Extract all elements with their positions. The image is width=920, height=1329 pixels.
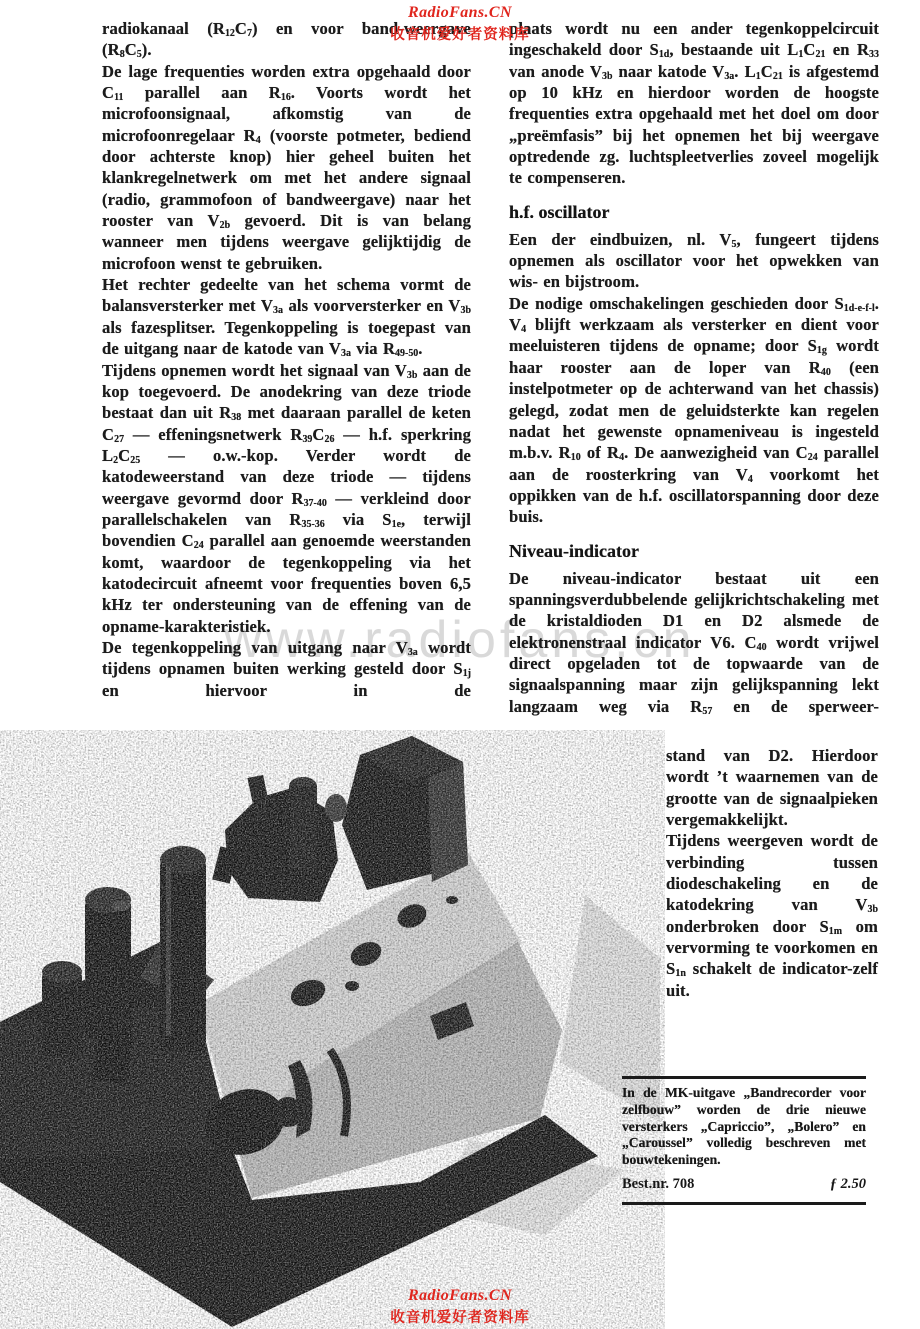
price: ƒ 2.50 xyxy=(830,1176,866,1193)
article-paragraph: Een der eindbuizen, nl. V5, fungeert tij… xyxy=(509,229,879,293)
order-number: Best.nr. 708 xyxy=(622,1176,694,1193)
section-heading-niveau-indicator: Niveau-indicator xyxy=(509,541,879,562)
article-paragraph: Tijdens opnemen wordt het signaal van V3… xyxy=(102,360,471,637)
grain-overlay xyxy=(0,730,665,1329)
article-paragraph: plaats wordt nu een ander tegenkoppelcir… xyxy=(509,18,879,189)
scanned-page: www.radiofans.cn RadioFans.CN 收音机爱好者资料库 … xyxy=(0,0,920,1329)
article-paragraph: De lage frequenties worden extra opgehaa… xyxy=(102,61,471,274)
info-box-order-row: Best.nr. 708 ƒ 2.50 xyxy=(622,1176,866,1193)
section-heading-hf-oscillator: h.f. oscillator xyxy=(509,202,879,223)
article-paragraph: De niveau-indicator bestaat uit een span… xyxy=(509,568,879,717)
article-paragraph: Het rechter gedeelte van het schema vorm… xyxy=(102,274,471,359)
left-column: radiokanaal (R12C7) en voor band-weergav… xyxy=(102,18,471,701)
article-paragraph: radiokanaal (R12C7) en voor band-weergav… xyxy=(102,18,471,61)
info-box-text: In de MK-uitgave „Bandrecorder voor zelf… xyxy=(622,1085,866,1169)
article-paragraph: stand van D2. Hierdoor wordt ’t waarneme… xyxy=(666,745,878,830)
info-box: In de MK-uitgave „Bandrecorder voor zelf… xyxy=(622,1076,866,1205)
article-paragraph: Tijdens weergeven wordt de verbinding tu… xyxy=(666,830,878,1001)
chassis-photo xyxy=(0,730,665,1329)
article-paragraph: De nodige omschakelingen geschieden door… xyxy=(509,293,879,528)
article-paragraph: De tegenkoppeling van uitgang naar V3a w… xyxy=(102,637,471,701)
narrow-column: stand van D2. Hierdoor wordt ’t waarneme… xyxy=(666,745,878,1001)
right-column: plaats wordt nu een ander tegenkoppelcir… xyxy=(509,18,879,717)
